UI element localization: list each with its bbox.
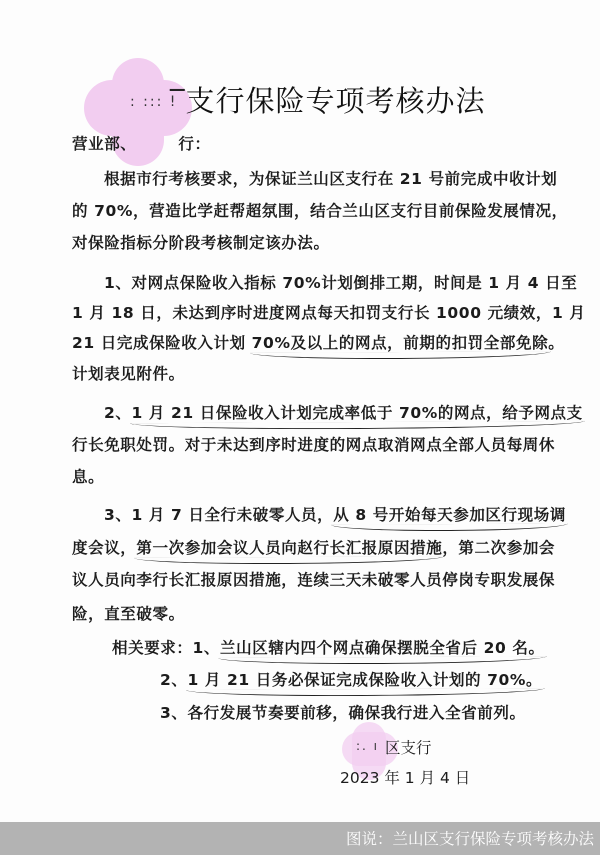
signature-date: 2023 年 1 月 4 日 — [340, 767, 470, 789]
item3-line-4: 险，直至破零。 — [72, 603, 512, 625]
addressee-line: 营业部、行： — [72, 133, 512, 155]
underlined-text: 1 月 21 日保险收入计划完成率低于 70%的网点，给予网点支 — [132, 402, 583, 424]
document-title: ‾支行保险专项考核办法 — [170, 84, 490, 118]
underlined-text: 从 8 号开始每天参加区行现场调 — [333, 504, 566, 526]
item1-line-1: 1、对网点保险收入指标 70%计划倒排工期，时间是 1 月 4 日至 — [72, 272, 512, 294]
item2-line-2: 行长免职处罚。对于未达到序时进度的网点取消网点全部人员每周休 — [72, 434, 512, 456]
underlined-text: 兰山区辖内四个网点确保摆脱全省后 20 名。 — [220, 637, 545, 659]
intro-line-1: 根据市行考核要求，为保证兰山区支行在 21 号前完成中收计划 — [72, 168, 512, 190]
caption-bar: 图说：兰山区支行保险专项考核办法 — [0, 822, 600, 855]
item2-line-1: 2、1 月 21 日保险收入计划完成率低于 70%的网点，给予网点支 — [72, 402, 512, 424]
item1-line-4: 计划表见附件。 — [72, 363, 512, 385]
underlined-text: 1 月 21 日务必保证完成保险收入计划的 70%。 — [188, 669, 543, 691]
image-caption: 图说：兰山区支行保险专项考核办法 — [346, 828, 594, 850]
requirement-3: 3、各行发展节奏要前移，确保我行进入全省前列。 — [72, 702, 512, 724]
intro-line-2: 的 70%，营造比学赶帮超氛围，结合兰山区支行目前保险发展情况， — [72, 200, 512, 222]
item2-line-3: 息。 — [72, 466, 512, 488]
requirement-1: 相关要求：1、兰山区辖内四个网点确保摆脱全省后 20 名。 — [72, 637, 512, 659]
item3-line-1: 3、1 月 7 日全行未破零人员，从 8 号开始每天参加区行现场调 — [72, 504, 512, 526]
item1-line-2: 1 月 18 日，未达到序时进度网点每天扣罚支行长 1000 元绩效，1 月 — [72, 302, 512, 324]
intro-line-3: 对保险指标分阶段考核制定该办法。 — [72, 232, 512, 254]
item1-line-3: 21 日完成保险收入计划 70%及以上的网点，前期的扣罚全部免除。 — [72, 332, 512, 354]
signature-org: 区支行 — [385, 737, 432, 759]
requirement-2: 2、1 月 21 日务必保证完成保险收入计划的 70%。 — [72, 669, 512, 691]
item3-line-2: 度会议，第一次参加会议人员向赵行长汇报原因措施，第二次参加会 — [72, 537, 512, 559]
underlined-text: 70%及以上的网点，前期的扣罚全部免除 — [252, 332, 549, 354]
item3-line-3: 议人员向李行长汇报原因措施，连续三天未破零人员停岗专职发展保 — [72, 569, 512, 591]
document-page: : ::: ! ‾支行保险专项考核办法 营业部、行： 根据市行考核要求，为保证兰… — [0, 0, 600, 822]
underlined-text: 第一次参加会议人员向赵行长汇报原因措施 — [136, 537, 442, 559]
